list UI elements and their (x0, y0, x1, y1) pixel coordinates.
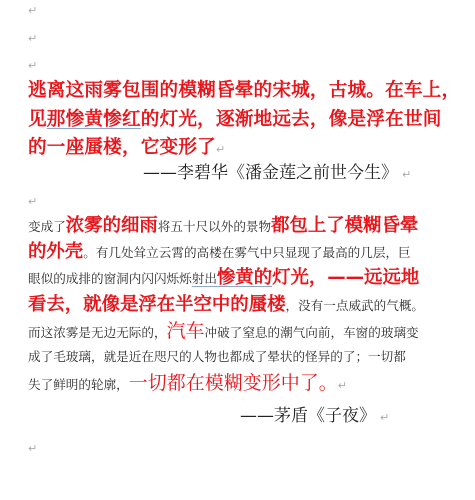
text-run: 。有几处耸立云霄的高楼在雾气中只显现了最高的几层，巨 (83, 245, 410, 260)
text-run: 眼似的成排的窗洞内闪闪烁烁 (28, 271, 192, 286)
attribution-text: ——李碧华《潘金莲之前世今生》 (143, 163, 398, 183)
text-run: 失了鲜明的轮廓， (28, 377, 129, 392)
text-run: 将五十尺以外的景物 (158, 219, 271, 234)
paragraph-mark-icon: ↵ (28, 195, 37, 208)
empty-paragraph[interactable]: ↵ (28, 2, 37, 16)
document-page: ↵ ↵ ↵ 逃离这雨雾包围的模糊昏晕的宋城，古城。在车上， 见那惨黄惨红的灯光，… (0, 0, 475, 500)
passage-2-line-5: 而这浓雾是无边无际的，汽车冲破了窒息的潮气向前，车窗的玻璃变 (28, 318, 424, 344)
text-run: 变成了 (28, 219, 66, 234)
highlighted-underlined-text-run: 惨黄的 (217, 267, 272, 288)
empty-paragraph[interactable]: ↵ (28, 57, 37, 71)
passage-2-line-3: 眼似的成排的窗洞内闪闪烁烁射出惨黄的灯光，——远远地 (28, 265, 424, 291)
passage-2-line-1: 变成了浓雾的细雨将五十尺以外的景物都包上了模糊昏晕 (28, 213, 424, 239)
empty-paragraph[interactable]: ↵ (28, 440, 37, 454)
passage-2-line-2: 的外壳。有几处耸立云霄的高楼在雾气中只显现了最高的几层，巨 (28, 239, 424, 265)
text-run: 见 (28, 109, 47, 130)
text-run: 的一座蜃楼，它变形了 (28, 137, 216, 158)
passage-1[interactable]: 逃离这雨雾包围的模糊昏晕的宋城，古城。在车上， 见那惨黄惨红的灯光，逐渐地远去，… (28, 77, 460, 163)
text-run: 冲破了窒息的潮气向前，车窗的玻璃变 (205, 325, 419, 340)
paragraph-mark-icon: ↵ (216, 143, 225, 156)
passage-2-line-6: 成了毛玻璃，就是近在咫尺的人物也都成了晕状的怪异的了；一切都 (28, 344, 424, 370)
highlighted-text-run: 灯光，——远远地 (272, 267, 419, 288)
text-run: 的灯光，逐渐地远去，像是浮在世间 (141, 109, 442, 130)
passage-2-line-4: 看去，就像是浮在半空中的蜃楼，没有一点威武的气概。 (28, 292, 424, 318)
empty-paragraph[interactable]: ↵ (28, 193, 37, 207)
highlighted-text-run: 都包上了模糊昏晕 (271, 215, 418, 236)
paragraph-mark-icon: ↵ (380, 411, 389, 424)
passage-1-line-2: 见那惨黄惨红的灯光，逐渐地远去，像是浮在世间 (28, 106, 460, 135)
empty-paragraph[interactable]: ↵ (28, 30, 37, 44)
paragraph-mark-icon: ↵ (338, 379, 347, 392)
passage-1-attribution[interactable]: ——李碧华《潘金莲之前世今生》↵ (143, 162, 411, 186)
paragraph-mark-icon: ↵ (28, 442, 37, 455)
highlighted-text-run: 一切都在模糊变形中了。 (129, 372, 338, 394)
highlighted-text-run: 浓雾的细雨 (66, 215, 158, 236)
highlighted-text-run: 看去，就像是浮在半空中的蜃楼 (28, 294, 285, 315)
paragraph-mark-icon: ↵ (28, 4, 37, 17)
passage-1-line-3: 的一座蜃楼，它变形了↵ (28, 134, 460, 163)
text-run: 成了毛玻璃，就是近在咫尺的人物也都成了晕状的怪异的了；一切都 (28, 349, 406, 364)
paragraph-mark-icon: ↵ (28, 59, 37, 72)
highlighted-text-run: 汽车 (167, 320, 205, 342)
paragraph-mark-icon: ↵ (28, 32, 37, 45)
text-run: ，没有一点威武的气概。 (285, 298, 424, 313)
passage-2-attribution[interactable]: ——茅盾《子夜》↵ (240, 405, 389, 429)
underlined-text-run: 那惨黄惨红 (47, 109, 141, 130)
attribution-text: ——茅盾《子夜》 (240, 406, 376, 426)
passage-2-line-7: 失了鲜明的轮廓，一切都在模糊变形中了。↵ (28, 370, 424, 396)
passage-2[interactable]: 变成了浓雾的细雨将五十尺以外的景物都包上了模糊昏晕 的外壳。有几处耸立云霄的高楼… (28, 213, 424, 396)
underlined-text-run: 射出 (192, 271, 217, 286)
paragraph-mark-icon: ↵ (402, 168, 411, 181)
passage-1-line-1: 逃离这雨雾包围的模糊昏晕的宋城，古城。在车上， (28, 77, 460, 106)
highlighted-text-run: 的外壳 (28, 241, 83, 262)
text-run: 而这浓雾是无边无际的， (28, 325, 167, 340)
